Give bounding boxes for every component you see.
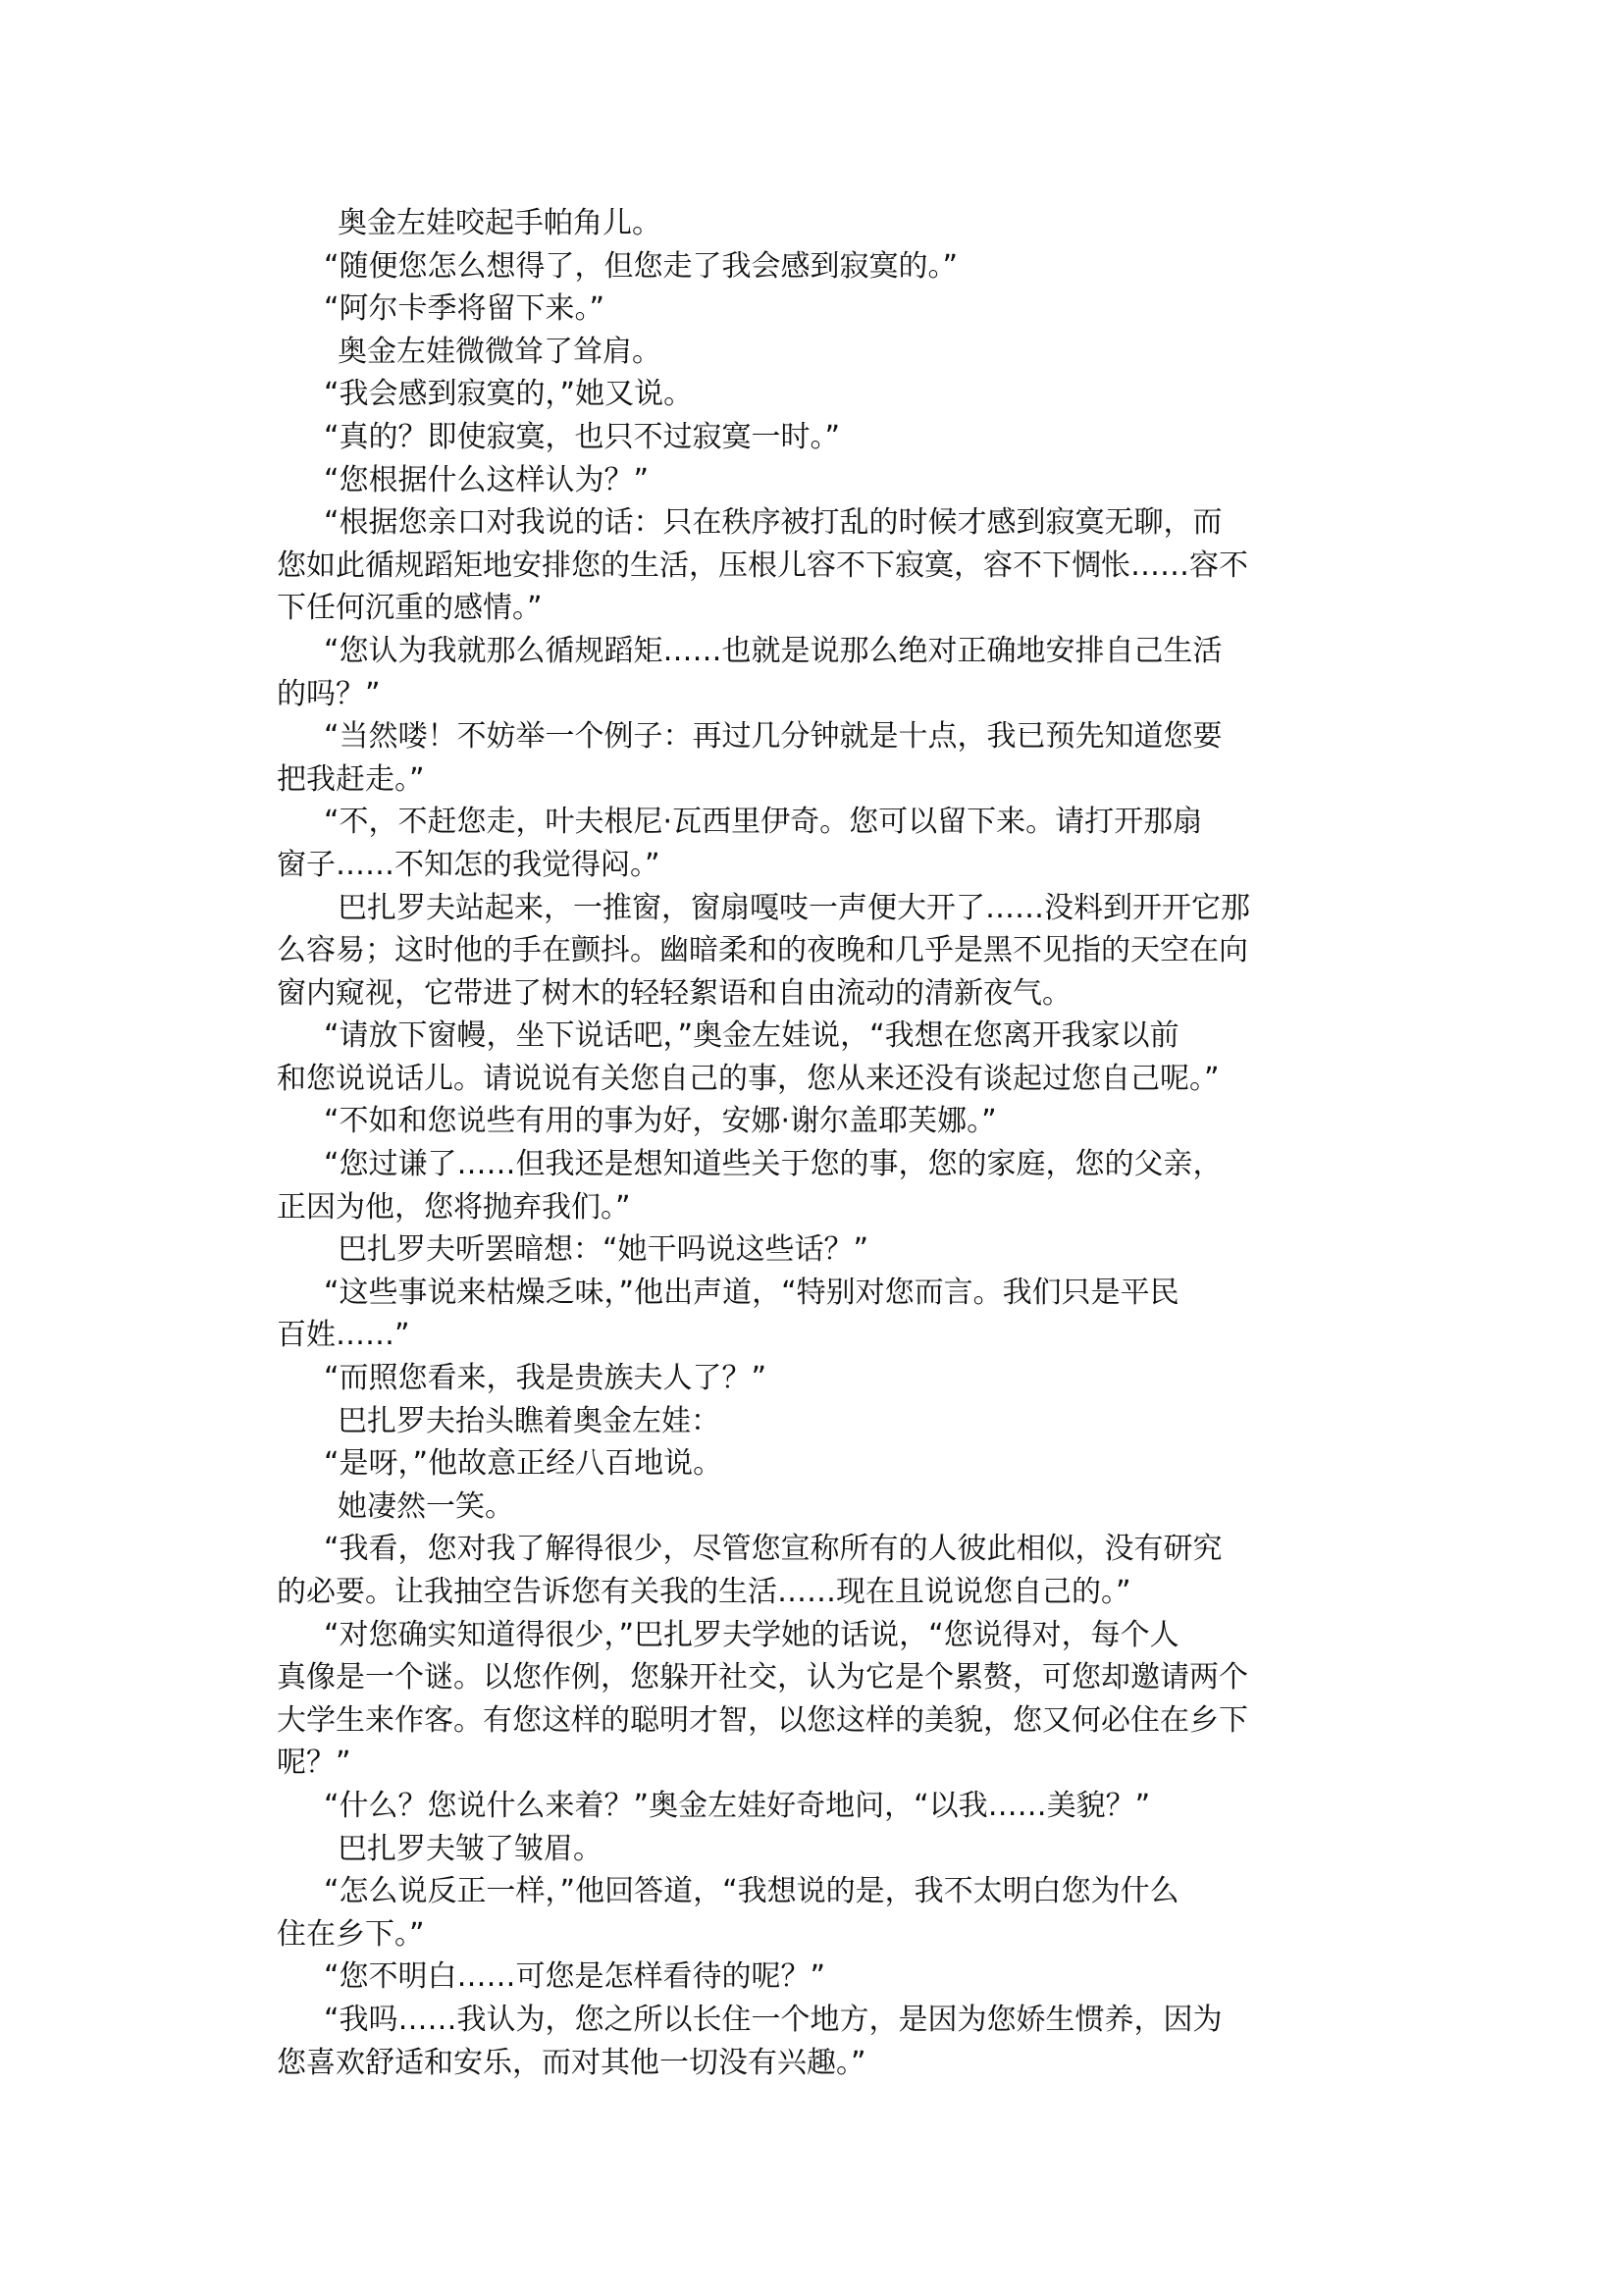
text-line: 和您说说话儿。请说说有关您自己的事，您从来还没有谈起过您自己呢。” xyxy=(277,1058,1356,1101)
text-line: “对您确实知道得很少，”巴扎罗夫学她的话说，“您说得对，每个人 xyxy=(277,1614,1356,1657)
text-line: “我会感到寂寞的，”她又说。 xyxy=(277,373,1356,416)
text-line: 您如此循规蹈矩地安排您的生活，压根儿容不下寂寞，容不下惆怅……容不 xyxy=(277,545,1356,588)
text-line: “我看，您对我了解得很少，尽管您宣称所有的人彼此相似，没有研究 xyxy=(277,1528,1356,1571)
document-page: 奥金左娃咬起手帕角儿。 “随便您怎么想得了，但您走了我会感到寂寞的。” “阿尔卡… xyxy=(277,202,1356,2084)
text-line: “请放下窗幔，坐下说话吧，”奥金左娃说，“我想在您离开我家以前 xyxy=(277,1015,1356,1058)
text-line: “不如和您说些有用的事为好，安娜·谢尔盖耶芙娜。” xyxy=(277,1100,1356,1143)
text-line: “是呀，”他故意正经八百地说。 xyxy=(277,1442,1356,1486)
text-line: 巴扎罗夫听罢暗想：“她干吗说这些话？” xyxy=(277,1228,1356,1272)
text-line: “根据您亲口对我说的话：只在秩序被打乱的时候才感到寂寞无聊，而 xyxy=(277,501,1356,545)
text-line: 住在乡下。” xyxy=(277,1913,1356,1956)
text-line: “不，不赶您走，叶夫根尼·瓦西里伊奇。您可以留下来。请打开那扇 xyxy=(277,801,1356,844)
text-line: 窗子……不知怎的我觉得闷。” xyxy=(277,844,1356,887)
text-line: 把我赶走。” xyxy=(277,758,1356,802)
text-line: “阿尔卡季将留下来。” xyxy=(277,287,1356,331)
text-line: 么容易；这时他的手在颤抖。幽暗柔和的夜晚和几乎是黑不见指的天空在向 xyxy=(277,929,1356,972)
text-line: “您不明白……可您是怎样看待的呢？” xyxy=(277,1955,1356,1999)
text-line: 奥金左娃微微耸了耸肩。 xyxy=(277,331,1356,374)
text-line: 她凄然一笑。 xyxy=(277,1486,1356,1529)
text-line: “而照您看来，我是贵族夫人了？” xyxy=(277,1357,1356,1400)
text-line: 百姓……” xyxy=(277,1314,1356,1357)
text-line: “您认为我就那么循规蹈矩……也就是说那么绝对正确地安排自己生活 xyxy=(277,630,1356,673)
text-line: 正因为他，您将抛弃我们。” xyxy=(277,1186,1356,1229)
text-line: “您过谦了……但我还是想知道些关于您的事，您的家庭，您的父亲， xyxy=(277,1143,1356,1186)
text-line: “这些事说来枯燥乏味，”他出声道，“特别对您而言。我们只是平民 xyxy=(277,1272,1356,1315)
text-line: 真像是一个谜。以您作例，您躲开社交，认为它是个累赘，可您却邀请两个 xyxy=(277,1656,1356,1699)
text-line: “怎么说反正一样，”他回答道，“我想说的是，我不太明白您为什么 xyxy=(277,1870,1356,1913)
text-line: 的必要。让我抽空告诉您有关我的生活……现在且说说您自己的。” xyxy=(277,1571,1356,1614)
text-line: “真的？即使寂寞，也只不过寂寞一时。” xyxy=(277,416,1356,459)
text-line: 下任何沉重的感情。” xyxy=(277,587,1356,630)
text-line: “您根据什么这样认为？” xyxy=(277,459,1356,502)
text-line: 的吗？” xyxy=(277,673,1356,716)
text-line: “什么？您说什么来着？”奥金左娃好奇地问，“以我……美貌？” xyxy=(277,1785,1356,1828)
text-line: “我吗……我认为，您之所以长住一个地方，是因为您娇生惯养，因为 xyxy=(277,1999,1356,2042)
text-line: 窗内窥视，它带进了树木的轻轻絮语和自由流动的清新夜气。 xyxy=(277,972,1356,1016)
text-line: 您喜欢舒适和安乐，而对其他一切没有兴趣。” xyxy=(277,2042,1356,2085)
text-line: 呢？” xyxy=(277,1742,1356,1785)
text-line: 巴扎罗夫皱了皱眉。 xyxy=(277,1828,1356,1871)
text-line: 巴扎罗夫站起来，一推窗，窗扇嘎吱一声便大开了……没料到开开它那 xyxy=(277,887,1356,930)
text-line: 奥金左娃咬起手帕角儿。 xyxy=(277,202,1356,245)
text-line: “随便您怎么想得了，但您走了我会感到寂寞的。” xyxy=(277,245,1356,288)
text-line: 巴扎罗夫抬头瞧着奥金左娃： xyxy=(277,1400,1356,1443)
text-line: “当然喽！不妨举一个例子：再过几分钟就是十点，我已预先知道您要 xyxy=(277,715,1356,758)
text-line: 大学生来作客。有您这样的聪明才智，以您这样的美貌，您又何必住在乡下 xyxy=(277,1699,1356,1743)
